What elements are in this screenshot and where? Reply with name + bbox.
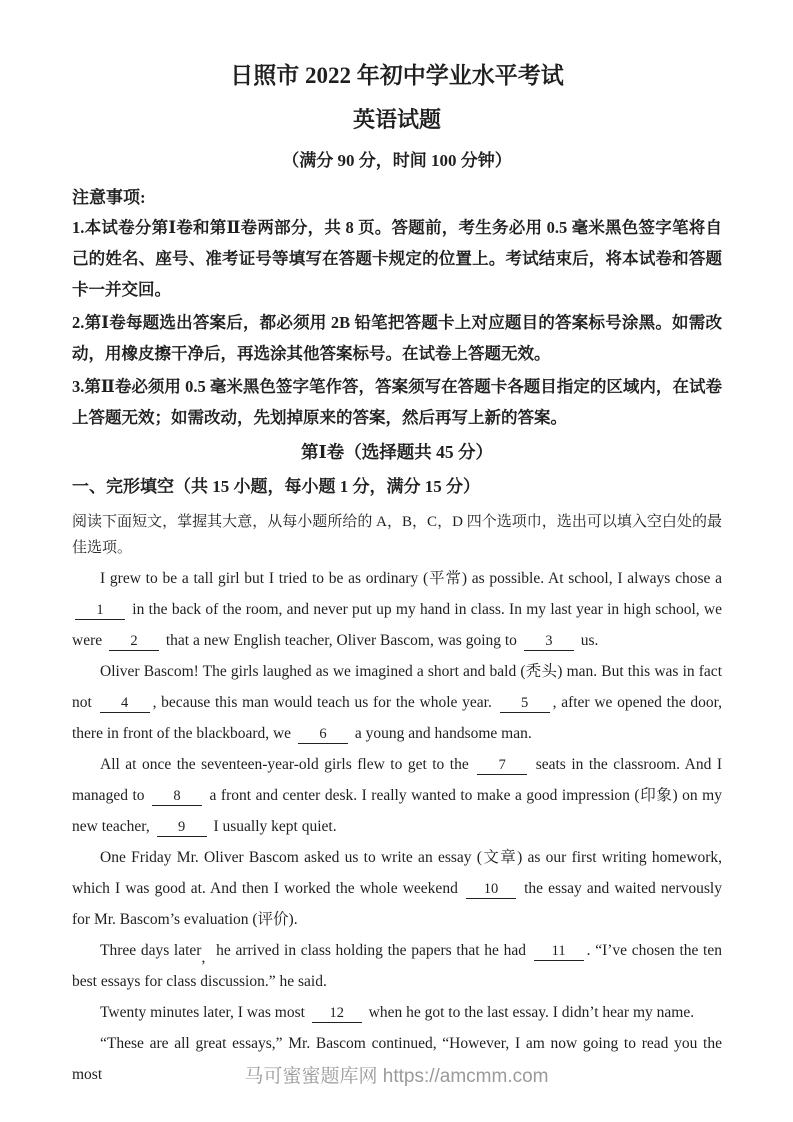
exam-title: 日照市 2022 年初中学业水平考试 <box>72 58 722 94</box>
passage-paragraph: I grew to be a tall girl but I tried to … <box>72 563 722 656</box>
section-heading: 第Ⅰ卷（选择题共 45 分） <box>72 438 722 466</box>
cloze-blank-1: 1 <box>75 603 125 620</box>
cloze-blank-7: 7 <box>477 758 527 775</box>
watermark-footer: 马可蜜蜜题库网 https://amcmm.com <box>0 1064 793 1090</box>
cloze-blank-3: 3 <box>524 634 574 651</box>
cloze-blank-10: 10 <box>466 882 516 899</box>
cloze-blank-9: 9 <box>157 820 207 837</box>
exam-paper-page: 日照市 2022 年初中学业水平考试 英语试题 （满分 90 分，时间 100 … <box>0 0 793 1122</box>
passage-paragraph: Oliver Bascom! The girls laughed as we i… <box>72 656 722 749</box>
part-heading: 一、完形填空（共 15 小题，每小题 1 分，满分 15 分） <box>72 474 722 500</box>
passage-paragraph: All at once the seventeen-year-old girls… <box>72 749 722 842</box>
cloze-blank-4: 4 <box>100 696 150 713</box>
cloze-blank-6: 6 <box>298 727 348 744</box>
cloze-blank-2: 2 <box>109 634 159 651</box>
passage: I grew to be a tall girl but I tried to … <box>72 563 722 1090</box>
passage-paragraph: One Friday Mr. Oliver Bascom asked us to… <box>72 842 722 935</box>
cloze-blank-11: 11 <box>534 944 584 961</box>
cloze-blank-5: 5 <box>500 696 550 713</box>
subject-title: 英语试题 <box>72 104 722 136</box>
score-time-info: （满分 90 分，时间 100 分钟） <box>72 149 722 173</box>
passage-paragraph: Twenty minutes later, I was most 12 when… <box>72 997 722 1028</box>
comma-artifact: , <box>201 942 211 973</box>
passage-paragraph: Three days later, he arrived in class ho… <box>72 935 722 997</box>
notice-item-2: 2.第Ⅰ卷每题选出答案后，都必须用 2B 铅笔把答题卡上对应题目的答案标号涂黑。… <box>72 307 722 369</box>
cloze-instructions: 阅读下面短文，掌握其大意，从每小题所给的 A，B，C，D 四个选项巾，选出可以填… <box>72 509 722 561</box>
cloze-blank-12: 12 <box>312 1006 362 1023</box>
notice-item-3: 3.第Ⅱ卷必须用 0.5 毫米黑色签字笔作答，答案须写在答题卡各题目指定的区域内… <box>72 371 722 433</box>
notice-item-1: 1.本试卷分第Ⅰ卷和第Ⅱ卷两部分，共 8 页。答题前，考生务必用 0.5 毫米黑… <box>72 212 722 305</box>
cloze-blank-8: 8 <box>152 789 202 806</box>
notice-heading: 注意事项: <box>72 186 722 210</box>
